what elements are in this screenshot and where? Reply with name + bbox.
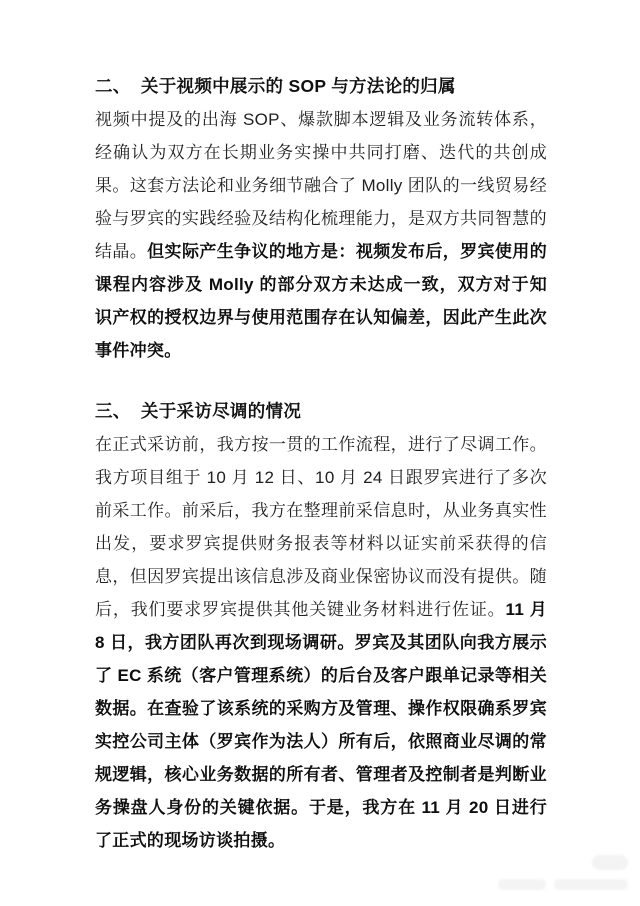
section-due-diligence: 三、 关于采访尽调的情况 在正式采访前，我方按一贯的工作流程，进行了尽调工作。我… (95, 395, 547, 857)
watermark-text-blur (498, 879, 628, 890)
paragraph-bold-text: 11 月 8 日，我方团队再次到现场调研。罗宾及其团队向我方展示了 EC 系统（… (95, 600, 547, 850)
section-sop-ownership: 二、 关于视频中展示的 SOP 与方法论的归属 视频中提及的出海 SOP、爆款脚… (95, 70, 547, 367)
section-heading: 二、 关于视频中展示的 SOP 与方法论的归属 (95, 70, 547, 103)
paragraph-bold-text: 但实际产生争议的地方是：视频发布后，罗宾使用的课程内容涉及 Molly 的部分双… (95, 242, 547, 360)
section-paragraph: 在正式采访前，我方按一贯的工作流程，进行了尽调工作。我方项目组于 10 月 12… (95, 428, 547, 857)
section-paragraph: 视频中提及的出海 SOP、爆款脚本逻辑及业务流转体系，经确认为双方在长期业务实操… (95, 103, 547, 367)
watermark-segment (554, 879, 628, 890)
watermark-logo-icon (592, 855, 628, 870)
watermark-segment (498, 879, 546, 890)
document-body: 二、 关于视频中展示的 SOP 与方法论的归属 视频中提及的出海 SOP、爆款脚… (95, 70, 547, 857)
paragraph-normal-text: 在正式采访前，我方按一贯的工作流程，进行了尽调工作。我方项目组于 10 月 12… (95, 435, 547, 619)
section-heading: 三、 关于采访尽调的情况 (95, 395, 547, 428)
document-page: 二、 关于视频中展示的 SOP 与方法论的归属 视频中提及的出海 SOP、爆款脚… (0, 0, 640, 906)
paragraph-normal-text: 视频中提及的出海 SOP、爆款脚本逻辑及业务流转体系，经确认为双方在长期业务实操… (95, 110, 547, 261)
watermark (498, 855, 628, 890)
